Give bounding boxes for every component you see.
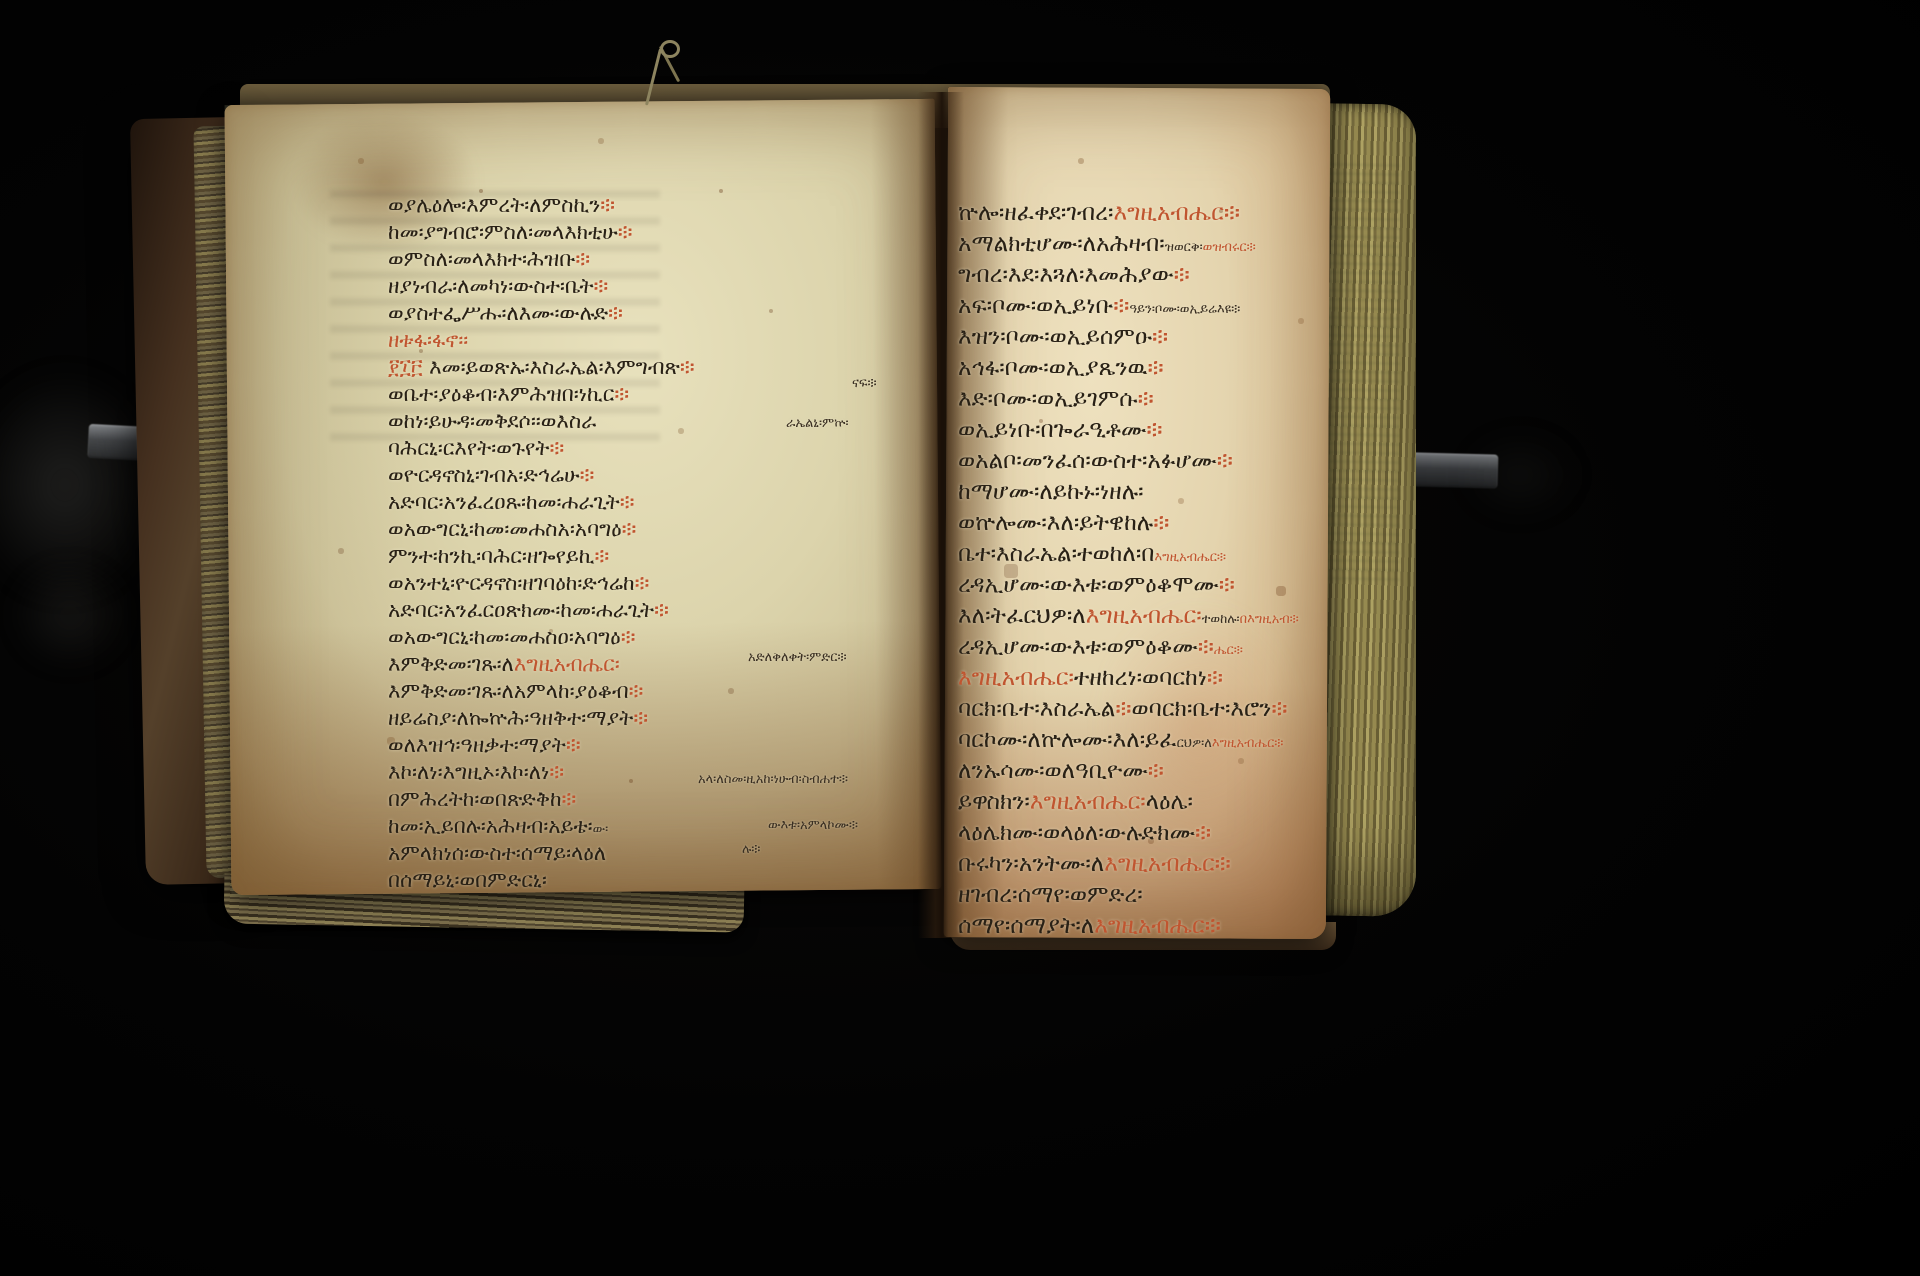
black-ink-text: ለንኡሳሙ፡ወለዓቢዮሙ xyxy=(958,758,1148,784)
foxing-spots xyxy=(1000,120,1002,122)
red-ink-text: ፨ xyxy=(618,220,633,244)
black-ink-text: ዝወርቅ፡ xyxy=(1165,240,1203,255)
black-ink-text: ረዳኢሆሙ፡ውእቱ፡ወምዕቆሞሙ xyxy=(958,572,1219,598)
black-ink-text: ተዘከረነ፡ወባርከነ xyxy=(1074,665,1207,691)
text-line: ዘገብረ፡ሰማየ፡ወምድረ፡ xyxy=(958,880,1298,911)
text-line: ቡሩካን፡አንትሙ፡ለእግዚአብሔር፨ xyxy=(958,849,1298,880)
text-line: አማልክቲሆሙ፡ለአሕዛብ፡ዝወርቅ፡ወዝብሩር፨ xyxy=(958,229,1298,260)
black-ink-text: ወያስተፌሥሑ፡ለእሙ፡ውሉድ xyxy=(388,301,608,325)
black-ink-text: ወባርክ፡ቤተ፡እሮን xyxy=(1132,696,1272,722)
text-line: ቤተ፡እስራኤል፡ተወከለ፡በእግዚአብሔር፨ xyxy=(958,539,1298,570)
margin-note: ናፍ፨ xyxy=(852,376,877,391)
black-ink-text: አኅፋ፡ቦሙ፡ወኢያጼንዉ xyxy=(958,355,1147,381)
red-ink-text: ፨ xyxy=(680,355,695,379)
red-ink-text: እግዚአብሔር፨ xyxy=(1212,736,1284,751)
black-ink-text: ርህዎ፡ለ xyxy=(1177,736,1212,751)
red-ink-text: ፨ xyxy=(549,760,564,784)
red-ink-text: ፨ xyxy=(620,490,635,514)
text-line: ወምስለ፡መላእክተ፡ሕዝቡ፨ xyxy=(388,246,918,273)
black-ink-text: ዘገብረ፡ሰማየ፡ወምድረ፡ xyxy=(958,882,1143,908)
black-ink-text: ው፡ xyxy=(593,822,609,837)
red-ink-text: ፨ xyxy=(1147,355,1163,381)
black-ink-text: ወዮርዳኖስኒ፡ገብአ፡ድኅሬሁ xyxy=(388,463,580,487)
red-ink-text: ፨ xyxy=(633,706,648,730)
text-line: ባርክ፡ቤተ፡እስራኤል፨ወባርክ፡ቤተ፡እሮን፨ xyxy=(958,694,1298,725)
black-ink-text: እመ፡ይወጽኡ፡እስራኤል፡እምግብጽ xyxy=(429,355,680,379)
text-line: ወአንተኒ፡ዮርዳኖስ፡ዘገባዕከ፡ድኅሬከ፨ xyxy=(388,570,918,597)
left-page-text: ወያሌዕሎ፡እምረት፡ለምስኪን፨ከመ፡ያግብሮ፡ምስለ፡መላእክቲሁ፨ወምስለ… xyxy=(388,192,918,894)
text-line: በሰማይኒ፡ወበምድርኒ፡ xyxy=(388,867,918,894)
black-ink-text: ወአልቦ፡መንፈሰ፡ውስተ፡አፉሆሙ xyxy=(958,448,1217,474)
black-ink-text: እድ፡ቦሙ፡ወኢይገምሱ xyxy=(958,386,1138,412)
black-ink-text: ዓይን፡ቦሙ፡ወኢይሬእዩ፨ xyxy=(1129,302,1240,317)
background-blob xyxy=(10,560,130,670)
text-line: ይዋስክን፡እግዚአብሔር፡ላዕሌ፡ xyxy=(958,787,1298,818)
text-line: እለ፡ትፈርህዎ፡ለእግዚአብሔር፡ተወከሉ፡በእግዚአብ፨ xyxy=(958,601,1298,632)
red-ink-text: ፨ xyxy=(600,193,615,217)
text-line: ዘያነብራ፡ለመካነ፡ውስተ፡ቤት፨ xyxy=(388,273,918,300)
text-line: ከማሆሙ፡ለይኩኑ፡ነዘሉ፡ xyxy=(958,477,1298,508)
text-line: ወያስተፌሥሑ፡ለእሙ፡ውሉድ፨ xyxy=(388,300,918,327)
black-ink-text: እምቅድመ፡ገጹ፡ለአምላከ፡ያዕቆብ xyxy=(388,679,629,703)
black-ink-text: ወአውግርኒ፡ከመ፡መሐስዐ፡አባግዕ xyxy=(388,625,621,649)
black-ink-text: ከመ፡ያግብሮ፡ምስለ፡መላእክቲሁ xyxy=(388,220,618,244)
text-line: ዘይሬስያ፡ለኰኵሕ፡ዓዘቅተ፡ማያት፨ xyxy=(388,705,918,732)
black-ink-text: ከማሆሙ፡ለይኩኑ፡ነዘሉ፡ xyxy=(958,479,1144,505)
black-ink-text: ወከነ፡ይሁዳ፡መቅደሶ፡፡ወእስራ xyxy=(388,409,596,433)
black-ink-text: አድባር፡አንፈርዐጽክሙ፡ከመ፡ሐራጊት xyxy=(388,598,654,622)
red-ink-text: ፨ xyxy=(1148,758,1164,784)
red-ink-text: ፨ xyxy=(595,544,610,568)
red-ink-text: ፨ xyxy=(575,247,590,271)
black-ink-text: ቤተ፡እስራኤል፡ተወከለ፡በ xyxy=(958,541,1154,567)
black-ink-text: ላዕሌ፡ xyxy=(1146,789,1193,815)
red-ink-text: ፨ xyxy=(1219,572,1235,598)
red-ink-text: እግዚአብሔር፡ xyxy=(514,652,620,676)
text-line: ዘቱፋ፡ፋኖ፡፡ xyxy=(388,327,918,354)
red-ink-text: እግዚአብሔር፡ xyxy=(1086,603,1202,629)
red-ink-text: ፨ xyxy=(1115,696,1131,722)
show-through-text xyxy=(1320,163,1400,584)
red-ink-text: ፨ xyxy=(654,598,669,622)
red-ink-text: በእግዚአብ፨ xyxy=(1240,612,1299,627)
red-ink-text: ፨ xyxy=(1138,386,1154,412)
red-ink-text: እግዚአብሔር፡ xyxy=(958,665,1074,691)
text-line: ወኢይነቡ፡በጐራዒቶሙ፨ xyxy=(958,415,1298,446)
black-ink-text: ግብረ፡እደ፡እጓለ፡እመሕያው xyxy=(958,262,1174,288)
black-ink-text: ይዋስክን፡ xyxy=(958,789,1030,815)
margin-note: ራኤልኒ፡ምኵ፡ xyxy=(786,416,849,431)
black-ink-text: እዝን፡ቦሙ፡ወኢይሰምዑ xyxy=(958,324,1152,350)
margin-note: ሉ፨ xyxy=(742,842,760,857)
black-ink-text: አማልክቲሆሙ፡ለአሕዛብ፡ xyxy=(958,231,1165,257)
text-line: ለንኡሳሙ፡ወለዓቢዮሙ፨ xyxy=(958,756,1298,787)
black-ink-text: ባሕርኒ፡ርእየት፡ወጉየት xyxy=(388,436,549,460)
black-ink-text: ዘያነብራ፡ለመካነ፡ውስተ፡ቤት xyxy=(388,274,594,298)
red-ink-text: ፨ xyxy=(635,571,650,595)
text-line: ወአውግርኒ፡ከመ፡መሐስአ፡አባግዕ፨ xyxy=(388,516,918,543)
red-ink-text: ፨ xyxy=(1146,417,1162,443)
margin-note: አላ፡ለስመ፡ዚአከ፡ነሁብ፡ስብሐተ፨ xyxy=(698,772,848,787)
text-line: እዝን፡ቦሙ፡ወኢይሰምዑ፨ xyxy=(958,322,1298,353)
text-line: አፍ፡ቦሙ፡ወኢይነቡ፨ዓይን፡ቦሙ፡ወኢይሬእዩ፨ xyxy=(958,291,1298,322)
black-ink-text: እለ፡ትፈርህዎ፡ለ xyxy=(958,603,1086,629)
text-line: ወኵሎሙ፡እለ፡ይትዌከሉ፨ xyxy=(958,508,1298,539)
manuscript-photo: ወያሌዕሎ፡እምረት፡ለምስኪን፨ከመ፡ያግብሮ፡ምስለ፡መላእክቲሁ፨ወምስለ… xyxy=(0,0,1920,1276)
text-line: ወያሌዕሎ፡እምረት፡ለምስኪን፨ xyxy=(388,192,918,219)
text-line: አድባር፡አንፈርዐጽክሙ፡ከመ፡ሐራጊት፨ xyxy=(388,597,918,624)
text-line: ረዳኢሆሙ፡ውእቱ፡ወምዕቆሙ፨ሔር፨ xyxy=(958,632,1298,663)
red-ink-text: ፨ xyxy=(608,301,623,325)
black-ink-text: ሰማየ፡ሰማያት፡ለ xyxy=(958,913,1094,939)
text-line: እድ፡ቦሙ፡ወኢይገምሱ፨ xyxy=(958,384,1298,415)
text-line: ወአውግርኒ፡ከመ፡መሐስዐ፡አባግዕ፨ xyxy=(388,624,918,651)
text-line: ወአልቦ፡መንፈሰ፡ውስተ፡አፉሆሙ፨ xyxy=(958,446,1298,477)
black-ink-text: ወአውግርኒ፡ከመ፡መሐስአ፡አባግዕ xyxy=(388,517,622,541)
red-ink-text: ፨ xyxy=(1207,665,1223,691)
text-line: ረዳኢሆሙ፡ውእቱ፡ወምዕቆሞሙ፨ xyxy=(958,570,1298,601)
red-ink-text: ወዝብሩር፨ xyxy=(1203,240,1256,255)
black-ink-text: ወቤተ፡ያዕቆብ፡እምሕዝበ፡ነኪር xyxy=(388,382,614,406)
text-line: ወቤተ፡ያዕቆብ፡እምሕዝበ፡ነኪር፨ xyxy=(388,381,918,408)
black-ink-text: ወምስለ፡መላእክተ፡ሕዝቡ xyxy=(388,247,575,271)
black-ink-text: ረዳኢሆሙ፡ውእቱ፡ወምዕቆሙ xyxy=(958,634,1198,660)
black-ink-text: ወኵሎሙ፡እለ፡ይትዌከሉ xyxy=(958,510,1153,536)
black-ink-text: ወአንተኒ፡ዮርዳኖስ፡ዘገባዕከ፡ድኅሬከ xyxy=(388,571,635,595)
black-ink-text: በሰማይኒ፡ወበምድርኒ፡ xyxy=(388,868,547,892)
red-ink-text: ፨ xyxy=(1217,448,1233,474)
red-ink-text: ፨ xyxy=(594,274,609,298)
red-ink-text: ሔር፨ xyxy=(1214,643,1243,658)
red-ink-text: እግዚአብሔር፨ xyxy=(1154,550,1226,565)
text-line: ባሕርኒ፡ርእየት፡ወጉየት፨ xyxy=(388,435,918,462)
page-edge-stack-right xyxy=(1316,103,1416,917)
text-line: ኵሎ፡ዘፈቀደ፡ገብረ፡እግዚአብሔር፨ xyxy=(958,198,1298,229)
red-ink-text: ፨ xyxy=(566,733,581,757)
red-ink-text: ፨ xyxy=(621,625,636,649)
red-ink-text: ፨ xyxy=(622,517,637,541)
black-ink-text: በምሕረትከ፡ወበጽድቅከ xyxy=(388,787,562,811)
black-ink-text: ባርኮሙ፡ለኵሎሙ፡እለ፡ይፈ xyxy=(958,727,1177,753)
black-ink-text: አምላክነሰ፡ውስተ፡ሰማይ፡ላዕለ xyxy=(388,841,606,865)
red-ink-text: ፨ xyxy=(580,463,595,487)
red-ink-text: ፨ xyxy=(1195,820,1211,846)
black-ink-text: እምቅድመ፡ገጹ፡ለ xyxy=(388,652,514,676)
margin-note: ውእቱ፡አምላኮሙ፨ xyxy=(768,818,858,833)
black-ink-text: ኵሎ፡ዘፈቀደ፡ገብረ፡ xyxy=(958,200,1113,226)
black-ink-text: ወያሌዕሎ፡እምረት፡ለምስኪን xyxy=(388,193,600,217)
red-ink-text: ዘቱፋ፡ፋኖ፡፡ xyxy=(388,328,468,352)
text-line: በምሕረትከ፡ወበጽድቅከ፨ xyxy=(388,786,918,813)
red-ink-text: ፨ xyxy=(1174,262,1190,288)
red-ink-text: እግዚአብሔር፨ xyxy=(1104,851,1231,877)
right-page-text: ኵሎ፡ዘፈቀደ፡ገብረ፡እግዚአብሔር፨አማልክቲሆሙ፡ለአሕዛብ፡ዝወርቅ፡ወ… xyxy=(958,198,1298,942)
text-line: ወዮርዳኖስኒ፡ገብአ፡ድኅሬሁ፨ xyxy=(388,462,918,489)
red-ink-text: ፨ xyxy=(629,679,644,703)
text-line: ምንተ፡ከንኪ፡ባሕር፡ዘጐየይኪ፨ xyxy=(388,543,918,570)
text-line: ግብረ፡እደ፡እጓለ፡እመሕያው፨ xyxy=(958,260,1298,291)
black-ink-text: ላዕሌክሙ፡ወላዕለ፡ውሉድክሙ xyxy=(958,820,1195,846)
text-line: ወለእዝኅ፡ዓዘቃተ፡ማያት፨ xyxy=(388,732,918,759)
red-ink-text: ፨ xyxy=(1153,510,1169,536)
foxing-spots xyxy=(300,130,302,132)
text-line: ከመ፡ያግብሮ፡ምስለ፡መላእክቲሁ፨ xyxy=(388,219,918,246)
text-line: ባርኮሙ፡ለኵሎሙ፡እለ፡ይፈርህዎ፡ለእግዚአብሔር፨ xyxy=(958,725,1298,756)
text-line: ሰማየ፡ሰማያት፡ለእግዚአብሔር፨ xyxy=(958,911,1298,942)
red-ink-text: እግዚአብሔር፨ xyxy=(1094,913,1221,939)
text-line: እምቅድመ፡ገጹ፡ለአምላከ፡ያዕቆብ፨ xyxy=(388,678,918,705)
red-ink-text: ፨ xyxy=(1271,696,1287,722)
red-ink-text: ፻፲፫ xyxy=(388,355,429,379)
black-ink-text: አፍ፡ቦሙ፡ወኢይነቡ xyxy=(958,293,1113,319)
black-ink-text: ወኢይነቡ፡በጐራዒቶሙ xyxy=(958,417,1146,443)
text-line: አኅፋ፡ቦሙ፡ወኢያጼንዉ፨ xyxy=(958,353,1298,384)
black-ink-text: እኮ፡ለነ፡እግዚኦ፡እኮ፡ለነ xyxy=(388,760,549,784)
black-ink-text: ቡሩካን፡አንትሙ፡ለ xyxy=(958,851,1104,877)
black-ink-text: አድባር፡አንፈረዐጹ፡ከመ፡ሐራጊት xyxy=(388,490,620,514)
text-line: ላዕሌክሙ፡ወላዕለ፡ውሉድክሙ፨ xyxy=(958,818,1298,849)
text-line: እግዚአብሔር፡ተዘከረነ፡ወባርከነ፨ xyxy=(958,663,1298,694)
red-ink-text: ፨ xyxy=(614,382,629,406)
black-ink-text: ወለእዝኅ፡ዓዘቃተ፡ማያት xyxy=(388,733,566,757)
black-ink-text: ባርክ፡ቤተ፡እስራኤል xyxy=(958,696,1115,722)
black-ink-text: ምንተ፡ከንኪ፡ባሕር፡ዘጐየይኪ xyxy=(388,544,595,568)
text-line: አምላክነሰ፡ውስተ፡ሰማይ፡ላዕለ xyxy=(388,840,918,867)
margin-note: አድለቅለቀት፡ምድር፨ xyxy=(748,650,847,665)
marker-thread xyxy=(660,40,680,58)
red-ink-text: እግዚአብሔር፡ xyxy=(1030,789,1146,815)
red-ink-text: እግዚአብሔር፨ xyxy=(1113,200,1240,226)
text-line: ፻፲፫ እመ፡ይወጽኡ፡እስራኤል፡እምግብጽ፨ xyxy=(388,354,918,381)
black-ink-text: ከመ፡ኢይበሉ፡አሕዛብ፡አይቴ፡ xyxy=(388,814,593,838)
red-ink-text: ፨ xyxy=(1113,293,1129,319)
red-ink-text: ፨ xyxy=(1198,634,1214,660)
black-ink-text: ዘይሬስያ፡ለኰኵሕ፡ዓዘቅተ፡ማያት xyxy=(388,706,633,730)
red-ink-text: ፨ xyxy=(1152,324,1168,350)
text-line: አድባር፡አንፈረዐጹ፡ከመ፡ሐራጊት፨ xyxy=(388,489,918,516)
red-ink-text: ፨ xyxy=(562,787,577,811)
red-ink-text: ፨ xyxy=(549,436,564,460)
black-ink-text: ተወከሉ፡ xyxy=(1202,612,1240,627)
